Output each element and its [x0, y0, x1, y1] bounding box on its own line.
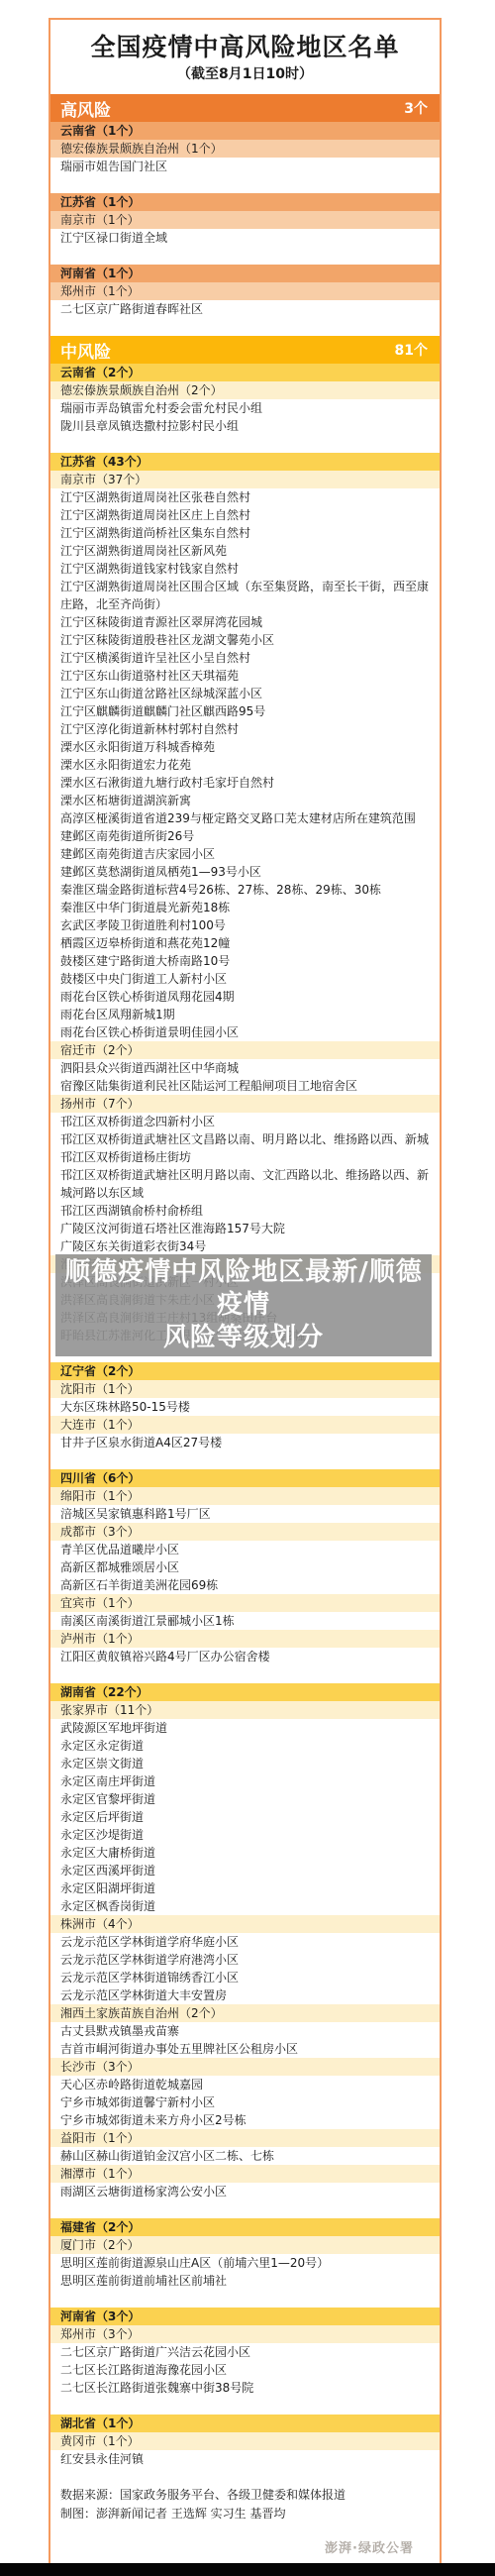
area-item-row: 高新区都城雅颂居小区 [50, 1558, 440, 1576]
area-item-row: 栖霞区迈皋桥街道和燕花苑12幢 [50, 934, 440, 952]
area-item-row: 江宁区湖熟街道尚桥社区集东自然村 [50, 524, 440, 542]
area-item-row: 永定区沙堤街道 [50, 1826, 440, 1844]
area-item-row: 江宁区湖熟街道周岗社区庄上自然村 [50, 506, 440, 524]
city-row: 泸州市（1个） [50, 1630, 440, 1648]
city-row: 德宏傣族景颇族自治州（1个） [50, 140, 440, 158]
area-item-row: 永定区官黎坪街道 [50, 1790, 440, 1808]
city-row: 黄冈市（1个） [50, 2432, 440, 2450]
province-row: 辽宁省（2个） [50, 1362, 440, 1380]
area-item-row: 二七区京广路街道春晖社区 [50, 300, 440, 318]
credit-note: 制图：澎湃新闻记者 王选辉 实习生 基晋均 [50, 2505, 440, 2523]
area-item-row: 江宁区湖熟街道周岗社区张巷自然村 [50, 488, 440, 506]
footer-block: 数据来源：国家政务服务平台、各级卫健委和媒体报道 制图：澎湃新闻记者 王选辉 实… [50, 2486, 440, 2523]
city-row: 张家界市（11个） [50, 1701, 440, 1719]
area-item-row: 邗江区双桥街道念四新村小区 [50, 1113, 440, 1130]
section-mid-risk: 中风险81个云南省（2个）德宏傣族景颇族自治州（2个）瑞丽市弄岛镇雷允村委会雷允… [50, 336, 440, 2468]
bottom-black-bar [0, 2563, 495, 2576]
city-row: 德宏傣族景颇族自治州（2个） [50, 381, 440, 399]
area-item-row: 甘井子区泉水街道A4区27号楼 [50, 1434, 440, 1451]
caption-line-1: 顺德疫情中风险地区最新/顺德疫情 [59, 1256, 428, 1322]
area-item-row: 云龙示范区学林街道大丰安置房 [50, 1986, 440, 2004]
area-item-row: 江宁区东山街道骆村社区天琪福苑 [50, 667, 440, 685]
spacer-row [50, 1451, 440, 1469]
city-row: 长沙市（3个） [50, 2058, 440, 2076]
area-item-row: 江宁区湖熟街道周岗社区新风苑 [50, 542, 440, 560]
area-item-row: 天心区赤岭路街道乾城嘉园 [50, 2076, 440, 2093]
city-row: 南京市（37个） [50, 471, 440, 488]
area-item-row: 二七区长江路街道张魏寨中街38号院 [50, 2379, 440, 2397]
area-item-row: 江宁区湖熟街道钱家村钱家自然村 [50, 560, 440, 578]
area-item-row: 思明区莲前街道前埔社区前埔社 [50, 2272, 440, 2290]
section-count-badge: 3个 [404, 98, 428, 118]
city-row: 扬州市（7个） [50, 1095, 440, 1113]
province-row: 云南省（1个） [50, 122, 440, 140]
area-item-row: 江宁区禄口街道全域 [50, 229, 440, 247]
area-item-row: 二七区长江路街道海豫花园小区 [50, 2361, 440, 2379]
city-row: 湘潭市（1个） [50, 2165, 440, 2183]
section-header: 中风险81个 [50, 336, 440, 364]
publisher-logo: 澎湃·绿政公署 [50, 2523, 440, 2560]
area-item-row: 大东区珠林路50-15号楼 [50, 1398, 440, 1416]
section-label: 高风险 [60, 96, 111, 121]
area-item-row: 雨花台区铁心桥街道凤翔花园4期 [50, 988, 440, 1006]
province-row: 福建省（2个） [50, 2218, 440, 2236]
city-row: 湘西土家族苗族自治州（2个） [50, 2004, 440, 2022]
area-item-row: 永定区崇文街道 [50, 1755, 440, 1772]
spacer-row [50, 2397, 440, 2415]
city-row: 宿迁市（2个） [50, 1041, 440, 1059]
area-item-row: 吉首市峒河街道办事处五里牌社区公租房小区 [50, 2040, 440, 2058]
area-item-row: 赫山区赫山街道铂金汉宫小区二栋、七栋 [50, 2147, 440, 2165]
area-item-row: 武陵源区军地坪街道 [50, 1719, 440, 1737]
province-row: 云南省（2个） [50, 364, 440, 381]
area-item-row: 宁乡市城郊街道未来方舟小区2号栋 [50, 2111, 440, 2129]
area-item-row: 溧水区石湫街道九塘行政村毛家圩自然村 [50, 774, 440, 792]
section-count-badge: 81个 [395, 340, 428, 360]
area-item-row: 云龙示范区学林街道学府港湾小区 [50, 1951, 440, 1969]
city-row: 益阳市（1个） [50, 2129, 440, 2147]
area-item-row: 云龙示范区学林街道学府华庭小区 [50, 1933, 440, 1951]
area-item-row: 雨湖区云塘街道杨家湾公安小区 [50, 2183, 440, 2200]
area-item-row: 鼓楼区建宁路街道大桥南路10号 [50, 952, 440, 970]
area-item-row: 陇川县章凤镇迭撒村拉影村民小组 [50, 417, 440, 435]
area-item-row: 红安县永佳河镇 [50, 2450, 440, 2468]
province-row: 江苏省（1个） [50, 193, 440, 211]
area-item-row: 邗江区双桥街道杨庄街坊 [50, 1148, 440, 1166]
province-row: 湖北省（1个） [50, 2415, 440, 2432]
area-item-row: 江阳区黄舣镇裕兴路4号厂区办公宿舍楼 [50, 1648, 440, 1665]
area-item-row: 永定区后坪街道 [50, 1808, 440, 1826]
area-item-row: 永定区大庸桥街道 [50, 1844, 440, 1862]
caption-line-2: 风险等级划分 [59, 1322, 428, 1354]
section-label: 中风险 [60, 338, 111, 363]
area-item-row: 云龙示范区学林街道锦绣香江小区 [50, 1969, 440, 1986]
area-item-row: 宿豫区陆集街道利民社区陆运河工程船闸项目工地宿舍区 [50, 1077, 440, 1095]
area-item-row: 建邺区莫愁湖街道凤栖苑1—93号小区 [50, 863, 440, 881]
province-row: 河南省（3个） [50, 2308, 440, 2325]
area-item-row: 二七区京广路街道广兴洁云花园小区 [50, 2343, 440, 2361]
city-row: 大连市（1个） [50, 1416, 440, 1434]
section-high-risk: 高风险3个云南省（1个）德宏傣族景颇族自治州（1个）瑞丽市姐告国门社区江苏省（1… [50, 94, 440, 336]
area-item-row: 江宁区东山街道岔路社区绿城深蓝小区 [50, 685, 440, 702]
area-item-row: 青羊区优品道曦岸小区 [50, 1541, 440, 1558]
city-row: 沈阳市（1个） [50, 1380, 440, 1398]
page-title: 全国疫情中高风险地区名单 [50, 33, 440, 62]
area-item-row: 宁乡市城郊街道馨宁新村小区 [50, 2093, 440, 2111]
area-item-row: 泗阳县众兴街道西湖社区中华商城 [50, 1059, 440, 1077]
spacer-row [50, 318, 440, 336]
area-item-row: 古丈县默戎镇墨戎苗寨 [50, 2022, 440, 2040]
section-header: 高风险3个 [50, 94, 440, 122]
province-row: 湖南省（22个） [50, 1683, 440, 1701]
area-item-row: 永定区西溪坪街道 [50, 1862, 440, 1879]
province-row: 江苏省（43个） [50, 453, 440, 471]
city-row: 郑州市（3个） [50, 2325, 440, 2343]
area-item-row: 高新区石羊街道美洲花园69栋 [50, 1576, 440, 1594]
spacer-row [50, 435, 440, 453]
area-item-row: 邗江区双桥街道武塘社区明月路以南、文汇西路以北、维扬路以西、新城河路以东区域 [50, 1166, 440, 1202]
data-source-note: 数据来源：国家政务服务平台、各级卫健委和媒体报道 [50, 2486, 440, 2505]
caption-overlay: 顺德疫情中风险地区最新/顺德疫情 风险等级划分 [55, 1254, 432, 1356]
area-item-row: 广陵区东关街道彩衣街34号 [50, 1237, 440, 1255]
city-row: 南京市（1个） [50, 211, 440, 229]
area-item-row: 邗江区双桥街道武塘社区文昌路以南、明月路以北、维扬路以西、新城 [50, 1130, 440, 1148]
area-item-row: 江宁区横溪街道许呈社区小呈自然村 [50, 649, 440, 667]
area-item-row: 永定区阳湖坪街道 [50, 1879, 440, 1897]
city-row: 绵阳市（1个） [50, 1487, 440, 1505]
area-item-row: 涪城区吴家镇惠科路1号厂区 [50, 1505, 440, 1523]
area-item-row: 雨花台区铁心桥街道景明佳园小区 [50, 1023, 440, 1041]
area-item-row: 思明区莲前街道源泉山庄A区（前埔六里1—20号） [50, 2254, 440, 2272]
area-item-row: 建邺区南苑街道所街26号 [50, 827, 440, 845]
province-row: 四川省（6个） [50, 1469, 440, 1487]
area-item-row: 江宁区麒麟街道麒麟门社区麒西路95号 [50, 702, 440, 720]
area-item-row: 邗江区西湖镇俞桥村俞桥组 [50, 1202, 440, 1220]
area-item-row: 秦淮区中华门街道晨光新苑18栋 [50, 899, 440, 916]
area-item-row: 瑞丽市姐告国门社区 [50, 158, 440, 175]
area-item-row: 江宁区湖熟街道周岗社区围合区域（东至集贤路，南至长干街，西至康庄路，北至齐尚街） [50, 578, 440, 613]
area-item-row: 溧水区永阳街道宏力花苑 [50, 756, 440, 774]
spacer-row [50, 247, 440, 265]
area-item-row: 永定区永定街道 [50, 1737, 440, 1755]
area-item-row: 溧水区永阳街道万科城香樟苑 [50, 738, 440, 756]
area-item-row: 高淳区桠溪街道省道239与桠定路交叉路口芜太建材店所在建筑范围 [50, 809, 440, 827]
city-row: 成都市（3个） [50, 1523, 440, 1541]
city-row: 株洲市（4个） [50, 1915, 440, 1933]
spacer-row [50, 1665, 440, 1683]
area-item-row: 溧水区柘塘街道湖滨新寓 [50, 792, 440, 809]
area-item-row: 玄武区孝陵卫街道胜利村100号 [50, 916, 440, 934]
area-item-row: 南溪区南溪街道江景郦城小区1栋 [50, 1612, 440, 1630]
city-row: 宜宾市（1个） [50, 1594, 440, 1612]
area-item-row: 永定区南庄坪街道 [50, 1772, 440, 1790]
page-subtitle: （截至8月1日10时） [50, 65, 440, 83]
area-item-row: 永定区枫香岗街道 [50, 1897, 440, 1915]
city-row: 郑州市（1个） [50, 282, 440, 300]
province-row: 河南省（1个） [50, 265, 440, 282]
area-item-row: 广陵区汶河街道石塔社区淮海路157号大院 [50, 1220, 440, 1237]
spacer-row [50, 2200, 440, 2218]
area-item-row: 江宁区秣陵街道青源社区翠屏湾花园城 [50, 613, 440, 631]
area-item-row: 鼓楼区中央门街道工人新村小区 [50, 970, 440, 988]
area-item-row: 雨花台区凤翔新城1期 [50, 1006, 440, 1023]
city-row: 厦门市（2个） [50, 2236, 440, 2254]
area-item-row: 秦淮区瑞金路街道标营4号26栋、27栋、28栋、29栋、30栋 [50, 881, 440, 899]
area-item-row: 建邺区南苑街道吉庆家园小区 [50, 845, 440, 863]
area-item-row: 瑞丽市弄岛镇雷允村委会雷允村民小组 [50, 399, 440, 417]
area-item-row: 江宁区淳化街道新林村郭村自然村 [50, 720, 440, 738]
spacer-row [50, 175, 440, 193]
spacer-row [50, 2290, 440, 2308]
area-item-row: 江宁区秣陵街道殷巷社区龙湖文馨苑小区 [50, 631, 440, 649]
